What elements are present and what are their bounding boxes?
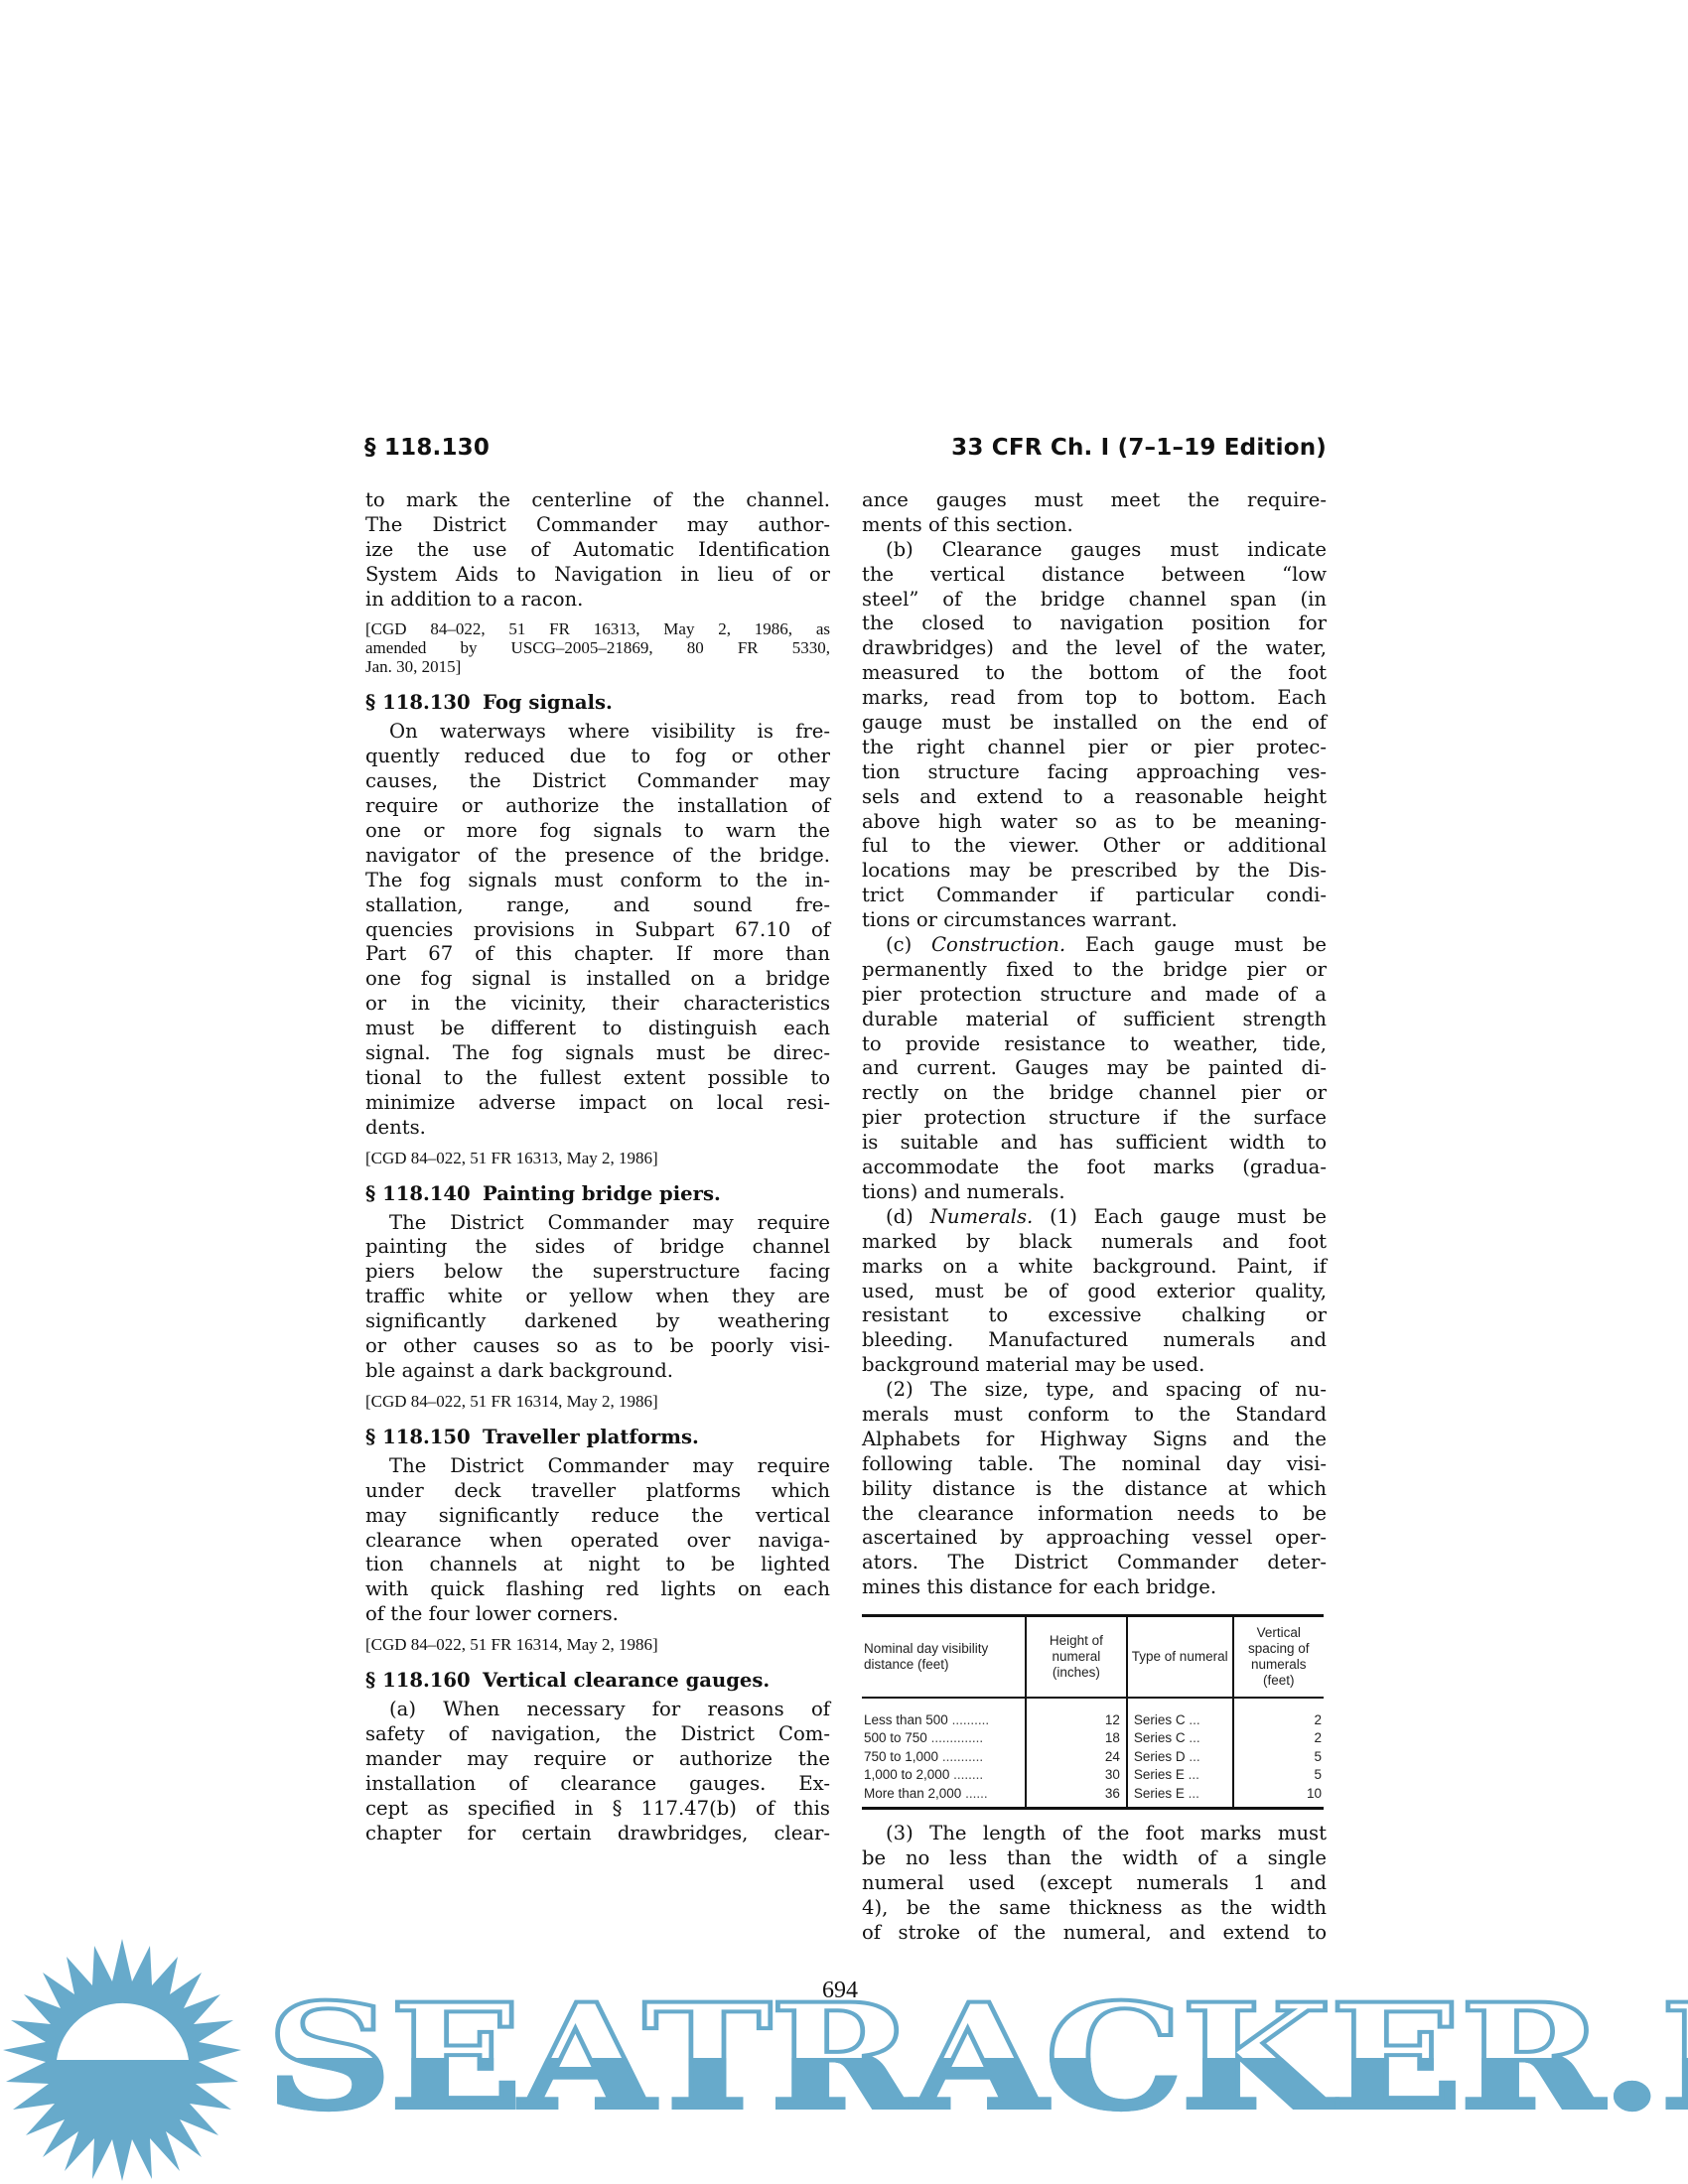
cell-distance: More than 2,000 ...... — [862, 1785, 1026, 1809]
text-fragment: Each gauge must be — [1085, 933, 1327, 956]
text-line: measured to the bottom of the foot — [862, 661, 1327, 686]
text-line: permanently fixed to the bridge pier or — [862, 958, 1327, 983]
text-line: is suitable and has sufficient width to — [862, 1131, 1327, 1156]
cell-type: Series C ... — [1127, 1729, 1233, 1747]
paragraph-d-numerals: (d) Numerals. (1) Each gauge must be mar… — [862, 1205, 1327, 1378]
type-value: Series E — [1134, 1767, 1185, 1782]
page-number: 694 — [822, 1978, 858, 2004]
text-line: The fog signals must conform to the in- — [365, 869, 830, 893]
type-value: Series D — [1134, 1749, 1186, 1764]
text-line: tions) and numerals. — [862, 1180, 1327, 1205]
section-heading-118-150: § 118.150Traveller platforms. — [365, 1425, 830, 1450]
text-line: may significantly reduce the vertical — [365, 1504, 830, 1529]
type-value: Series C — [1134, 1730, 1186, 1745]
text-line: marks, read from top to bottom. Each — [862, 686, 1327, 711]
cell-distance: 1,000 to 2,000 ........ — [862, 1766, 1026, 1784]
table-header-row: Nominal day visibility distance (feet) H… — [862, 1616, 1324, 1699]
paragraph-c-construction: (c) Construction. Each gauge must be per… — [862, 933, 1327, 1205]
source-citation: [CGD 84–022, 51 FR 16314, May 2, 1986] — [365, 1635, 830, 1654]
text-line: one fog signal is installed on a bridge — [365, 967, 830, 992]
section-number: § 118.130 — [365, 690, 483, 716]
text-line: The District Commander may author- — [365, 513, 830, 538]
text-line: The District Commander may require — [365, 1211, 830, 1236]
continuation-paragraph: to mark the centerline of the channel. T… — [365, 488, 830, 612]
text-line: tions or circumstances warrant. — [862, 908, 1327, 933]
text-line: (3) The length of the foot marks must — [862, 1822, 1327, 1846]
text-line: the right channel pier or pier protec- — [862, 736, 1327, 760]
section-title: Traveller platforms. — [483, 1426, 699, 1448]
text-line: The District Commander may require — [365, 1454, 830, 1479]
citation-line: Jan. 30, 2015] — [365, 657, 830, 676]
text-line: or other causes so as to be poorly visi- — [365, 1334, 830, 1359]
section-number: § 118.140 — [365, 1181, 483, 1207]
cell-type: Series D ... — [1127, 1748, 1233, 1766]
table-row: Less than 500 .......... 12 Series C ...… — [862, 1698, 1324, 1729]
text-line: of stroke of the numeral, and extend to — [862, 1921, 1327, 1946]
cell-type: Series C ... — [1127, 1698, 1233, 1729]
text-line: one or more fog signals to warn the — [365, 819, 830, 844]
cell-spacing: 5 — [1233, 1766, 1324, 1784]
text-line: pier protection structure and made of a — [862, 983, 1327, 1008]
paragraph-d-3: (3) The length of the foot marks must be… — [862, 1822, 1327, 1945]
text-line: safety of navigation, the District Com- — [365, 1722, 830, 1747]
distance-value: Less than 500 — [864, 1712, 948, 1727]
section-heading-118-130: § 118.130Fog signals. — [365, 690, 830, 716]
text-line: (2) The size, type, and spacing of nu- — [862, 1378, 1327, 1403]
paragraph-label: (c) — [886, 933, 912, 956]
distance-value: 1,000 to 2,000 — [864, 1767, 949, 1782]
left-column: to mark the centerline of the channel. T… — [365, 488, 830, 1845]
text-line: ful to the viewer. Other or additional — [862, 834, 1327, 859]
leader-dots: ... — [1189, 1786, 1199, 1801]
paragraph-term: Construction. — [931, 933, 1065, 956]
text-line: traffic white or yellow when they are — [365, 1285, 830, 1309]
text-line: in addition to a racon. — [365, 588, 830, 613]
text-line: trict Commander if particular condi- — [862, 884, 1327, 908]
distance-value: 750 to 1,000 — [864, 1749, 938, 1764]
cell-height: 24 — [1026, 1748, 1127, 1766]
text-line: rectly on the bridge channel pier or — [862, 1081, 1327, 1106]
section-body-118-140: The District Commander may require paint… — [365, 1211, 830, 1384]
leader-dots: ... — [1189, 1767, 1199, 1782]
text-line: marked by black numerals and foot — [862, 1230, 1327, 1255]
cell-height: 30 — [1026, 1766, 1127, 1784]
citation-line: [CGD 84–022, 51 FR 16314, May 2, 1986] — [365, 1635, 830, 1654]
section-title: Fog signals. — [483, 691, 613, 714]
numeral-spec-table-wrapper: Nominal day visibility distance (feet) H… — [862, 1614, 1324, 1810]
citation-line: amended by USCG–2005–21869, 80 FR 5330, — [365, 638, 830, 657]
paragraph-label: (d) — [886, 1205, 914, 1228]
cell-distance: Less than 500 .......... — [862, 1698, 1026, 1729]
section-body-118-130: On waterways where visibility is fre- qu… — [365, 720, 830, 1140]
section-heading-118-160: § 118.160Vertical clearance gauges. — [365, 1668, 830, 1694]
cell-spacing: 10 — [1233, 1785, 1324, 1809]
section-number: § 118.150 — [365, 1425, 483, 1450]
text-line: or in the vicinity, their characteristic… — [365, 992, 830, 1017]
text-line: accommodate the foot marks (gradua- — [862, 1156, 1327, 1180]
text-line: marks on a white background. Paint, if — [862, 1255, 1327, 1280]
section-heading-118-140: § 118.140Painting bridge piers. — [365, 1181, 830, 1207]
column-header-type: Type of numeral — [1127, 1616, 1233, 1699]
text-line: chapter for certain drawbridges, clear- — [365, 1822, 830, 1846]
paragraph-term: Numerals. — [930, 1205, 1034, 1228]
type-value: Series E — [1134, 1786, 1185, 1801]
text-line: (d) Numerals. (1) Each gauge must be — [862, 1205, 1327, 1230]
text-line: 4), be the same thickness as the width — [862, 1896, 1327, 1921]
cell-type: Series E ... — [1127, 1785, 1233, 1809]
text-line: durable material of sufficient strength — [862, 1008, 1327, 1032]
text-line: navigator of the presence of the bridge. — [365, 844, 830, 869]
text-line: under deck traveller platforms which — [365, 1479, 830, 1504]
cell-distance: 750 to 1,000 ........... — [862, 1748, 1026, 1766]
text-line: numeral used (except numerals 1 and — [862, 1871, 1327, 1896]
paragraph-d-2: (2) The size, type, and spacing of nu- m… — [862, 1378, 1327, 1600]
text-line: be no less than the width of a single — [862, 1846, 1327, 1871]
citation-line: [CGD 84–022, 51 FR 16313, May 2, 1986, a… — [365, 619, 830, 638]
text-line: sels and extend to a reasonable height — [862, 785, 1327, 810]
text-line: ascertained by approaching vessel oper- — [862, 1526, 1327, 1551]
document-page: § 118.130 33 CFR Ch. I (7–1–19 Edition) … — [0, 0, 1688, 2184]
text-line: above high water so as to be meaning- — [862, 810, 1327, 835]
running-head-source: 33 CFR Ch. I (7–1–19 Edition) — [951, 435, 1327, 461]
leader-dots: ........... — [942, 1749, 983, 1764]
text-line: steel” of the bridge channel span (in — [862, 588, 1327, 613]
leader-dots: .............. — [931, 1730, 984, 1745]
citation-line: [CGD 84–022, 51 FR 16313, May 2, 1986] — [365, 1149, 830, 1167]
text-line: to mark the centerline of the channel. — [365, 488, 830, 513]
text-line: quently reduced due to fog or other — [365, 745, 830, 769]
text-line: gauge must be installed on the end of — [862, 711, 1327, 736]
text-line: used, must be of good exterior quality, — [862, 1280, 1327, 1304]
text-line: significantly darkened by weathering — [365, 1309, 830, 1334]
text-line: installation of clearance gauges. Ex- — [365, 1772, 830, 1797]
text-line: quencies provisions in Subpart 67.10 of — [365, 918, 830, 943]
text-line: the vertical distance between “low — [862, 563, 1327, 588]
text-line: ators. The District Commander deter- — [862, 1551, 1327, 1575]
text-line: mines this distance for each bridge. — [862, 1575, 1327, 1600]
source-citation: [CGD 84–022, 51 FR 16314, May 2, 1986] — [365, 1392, 830, 1411]
cell-height: 12 — [1026, 1698, 1127, 1729]
text-line: Alphabets for Highway Signs and the — [862, 1428, 1327, 1452]
leader-dots: ... — [1189, 1730, 1199, 1745]
watermark-text: SEATRACKER.RU — [266, 1988, 1688, 2127]
source-citation: [CGD 84–022, 51 FR 16313, May 2, 1986, a… — [365, 619, 830, 676]
sun-logo-icon — [0, 1936, 258, 2184]
text-line: minimize adverse impact on local resi- — [365, 1091, 830, 1116]
citation-line: [CGD 84–022, 51 FR 16314, May 2, 1986] — [365, 1392, 830, 1411]
text-line: drawbridges) and the level of the water, — [862, 636, 1327, 661]
source-citation: [CGD 84–022, 51 FR 16313, May 2, 1986] — [365, 1149, 830, 1167]
cell-height: 18 — [1026, 1729, 1127, 1747]
type-value: Series C — [1134, 1712, 1186, 1727]
table-row: 750 to 1,000 ........... 24 Series D ...… — [862, 1748, 1324, 1766]
text-line: of the four lower corners. — [365, 1602, 830, 1627]
text-line: signal. The fog signals must be direc- — [365, 1041, 830, 1066]
text-line: causes, the District Commander may — [365, 769, 830, 794]
cell-height: 36 — [1026, 1785, 1127, 1809]
text-fragment: (1) Each gauge must be — [1050, 1205, 1327, 1228]
section-body-118-150: The District Commander may require under… — [365, 1454, 830, 1627]
table-row: 1,000 to 2,000 ........ 30 Series E ... … — [862, 1766, 1324, 1784]
cell-spacing: 5 — [1233, 1748, 1324, 1766]
text-line: bleeding. Manufactured numerals and — [862, 1328, 1327, 1353]
text-line: ble against a dark background. — [365, 1359, 830, 1384]
paragraph-b: (b) Clearance gauges must indicate the v… — [862, 538, 1327, 933]
column-header-height: Height of numeral (inches) — [1026, 1616, 1127, 1699]
text-line: must be different to distinguish each — [365, 1017, 830, 1041]
section-body-118-160: (a) When necessary for reasons of safety… — [365, 1698, 830, 1845]
cell-spacing: 2 — [1233, 1698, 1324, 1729]
cell-distance: 500 to 750 .............. — [862, 1729, 1026, 1747]
text-line: Part 67 of this chapter. If more than — [365, 942, 830, 967]
text-line: pier protection structure if the surface — [862, 1106, 1327, 1131]
text-line: clearance when operated over naviga- — [365, 1529, 830, 1554]
text-line: ments of this section. — [862, 513, 1327, 538]
column-header-distance: Nominal day visibility distance (feet) — [862, 1616, 1026, 1699]
text-line: and current. Gauges may be painted di- — [862, 1056, 1327, 1081]
text-line: stallation, range, and sound fre- — [365, 893, 830, 918]
text-line: (a) When necessary for reasons of — [365, 1698, 830, 1722]
section-title: Painting bridge piers. — [483, 1182, 721, 1205]
text-line: piers below the superstructure facing — [365, 1260, 830, 1285]
text-line: painting the sides of bridge channel — [365, 1235, 830, 1260]
text-line: mander may require or authorize the — [365, 1747, 830, 1772]
text-line: ize the use of Automatic Identification — [365, 538, 830, 563]
text-line: the closed to navigation position for — [862, 612, 1327, 636]
running-head-section: § 118.130 — [364, 435, 490, 461]
leader-dots: ... — [1189, 1712, 1199, 1727]
table-row: 500 to 750 .............. 18 Series C ..… — [862, 1729, 1324, 1747]
text-line: tional to the fullest extent possible to — [365, 1066, 830, 1091]
leader-dots: ...... — [965, 1786, 988, 1801]
text-line: On waterways where visibility is fre- — [365, 720, 830, 745]
text-line: System Aids to Navigation in lieu of or — [365, 563, 830, 588]
leader-dots: .......... — [952, 1712, 990, 1727]
text-line: following table. The nominal day visi- — [862, 1452, 1327, 1477]
column-header-spacing: Vertical spacing of numerals (feet) — [1233, 1616, 1324, 1699]
text-line: to provide resistance to weather, tide, — [862, 1032, 1327, 1057]
section-title: Vertical clearance gauges. — [483, 1669, 770, 1692]
cell-type: Series E ... — [1127, 1766, 1233, 1784]
text-line: resistant to excessive chalking or — [862, 1303, 1327, 1328]
text-line: ance gauges must meet the require- — [862, 488, 1327, 513]
text-line: with quick flashing red lights on each — [365, 1577, 830, 1602]
text-line: dents. — [365, 1116, 830, 1141]
text-line: require or authorize the installation of — [365, 794, 830, 819]
text-line: tion structure facing approaching ves- — [862, 760, 1327, 785]
numeral-spec-table: Nominal day visibility distance (feet) H… — [862, 1614, 1324, 1810]
right-column: ance gauges must meet the require- ments… — [862, 488, 1327, 1946]
section-number: § 118.160 — [365, 1668, 483, 1694]
text-line: merals must conform to the Standard — [862, 1403, 1327, 1428]
text-line: background material may be used. — [862, 1353, 1327, 1378]
table-row: More than 2,000 ...... 36 Series E ... 1… — [862, 1785, 1324, 1809]
text-line: locations may be prescribed by the Dis- — [862, 859, 1327, 884]
text-line: tion channels at night to be lighted — [365, 1553, 830, 1577]
distance-value: 500 to 750 — [864, 1730, 927, 1745]
text-line: cept as specified in § 117.47(b) of this — [365, 1797, 830, 1822]
text-line: (b) Clearance gauges must indicate — [862, 538, 1327, 563]
text-line: bility distance is the distance at which — [862, 1477, 1327, 1502]
paragraph-a-continuation: ance gauges must meet the require- ments… — [862, 488, 1327, 538]
distance-value: More than 2,000 — [864, 1786, 961, 1801]
cell-spacing: 2 — [1233, 1729, 1324, 1747]
text-line: the clearance information needs to be — [862, 1502, 1327, 1527]
leader-dots: ... — [1189, 1749, 1199, 1764]
leader-dots: ........ — [953, 1767, 983, 1782]
text-line: (c) Construction. Each gauge must be — [862, 933, 1327, 958]
